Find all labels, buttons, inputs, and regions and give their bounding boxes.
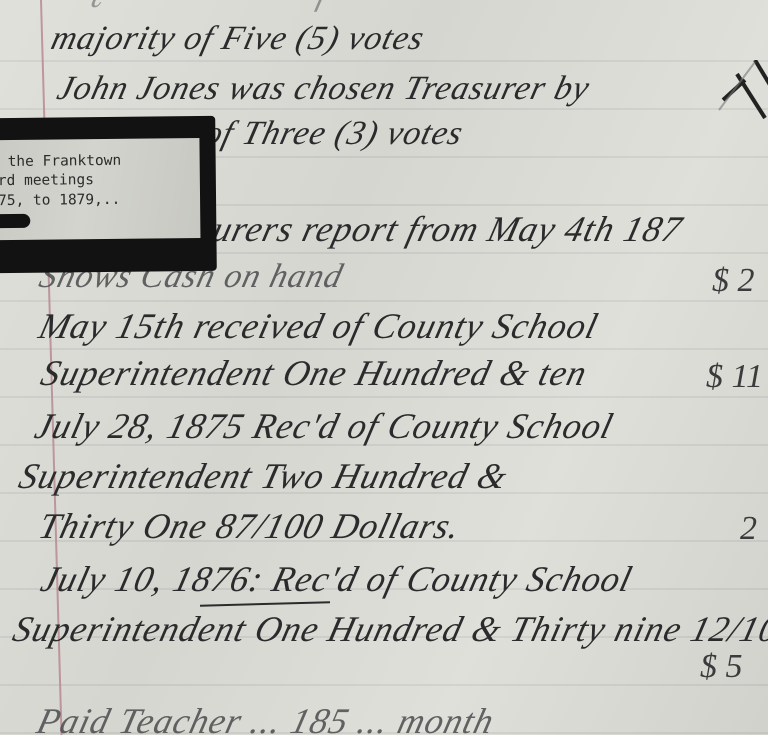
check-mark-icon [715,60,768,120]
cutoff-handwriting-top: ℓ ƒ [85,0,337,16]
label-line-1: the Franktown [8,153,122,170]
amount-4: $ 5 [700,648,743,686]
underline-stroke [200,601,330,606]
ledger-line-12: Superintendent One Hundred & Thirty nine… [9,608,768,650]
ledger-line-8: July 28, 1875 Rec'd of County School [31,405,618,447]
ledger-line-10: Thirty One 87/100 Dollars. [35,505,465,547]
ledger-line-6: May 15th received of County School [35,305,603,347]
label-frame-tab [0,214,30,228]
ledger-page: ℓ ƒ majority of Five (5) votes John Jone… [0,0,768,735]
ledger-line-13: Paid Teacher ... 185 ... month [33,700,499,735]
label-line-3: 75, to 1879,.. [0,192,120,209]
label-line-2: rd meetings [0,172,94,189]
amount-2: $ 11 [706,358,763,396]
ledger-line-1: majority of Five (5) votes [47,20,428,58]
ledger-line-9: Superintendent Two Hundred & [15,455,512,497]
pasted-label: the Franktown rd meetings 75, to 1879,.. [0,116,217,273]
ledger-line-11: July 10, 1876: Rec'd of County School [37,558,637,600]
amount-1: $ 2 [712,262,755,300]
amount-3: 2 [740,510,757,548]
ledger-line-2: John Jones was chosen Treasurer by [53,70,594,108]
label-paper: the Franktown rd meetings 75, to 1879,.. [0,138,200,240]
ledger-line-3: of Three (3) votes [200,115,467,153]
ledger-line-7: Superintendent One Hundred & ten [37,352,592,394]
